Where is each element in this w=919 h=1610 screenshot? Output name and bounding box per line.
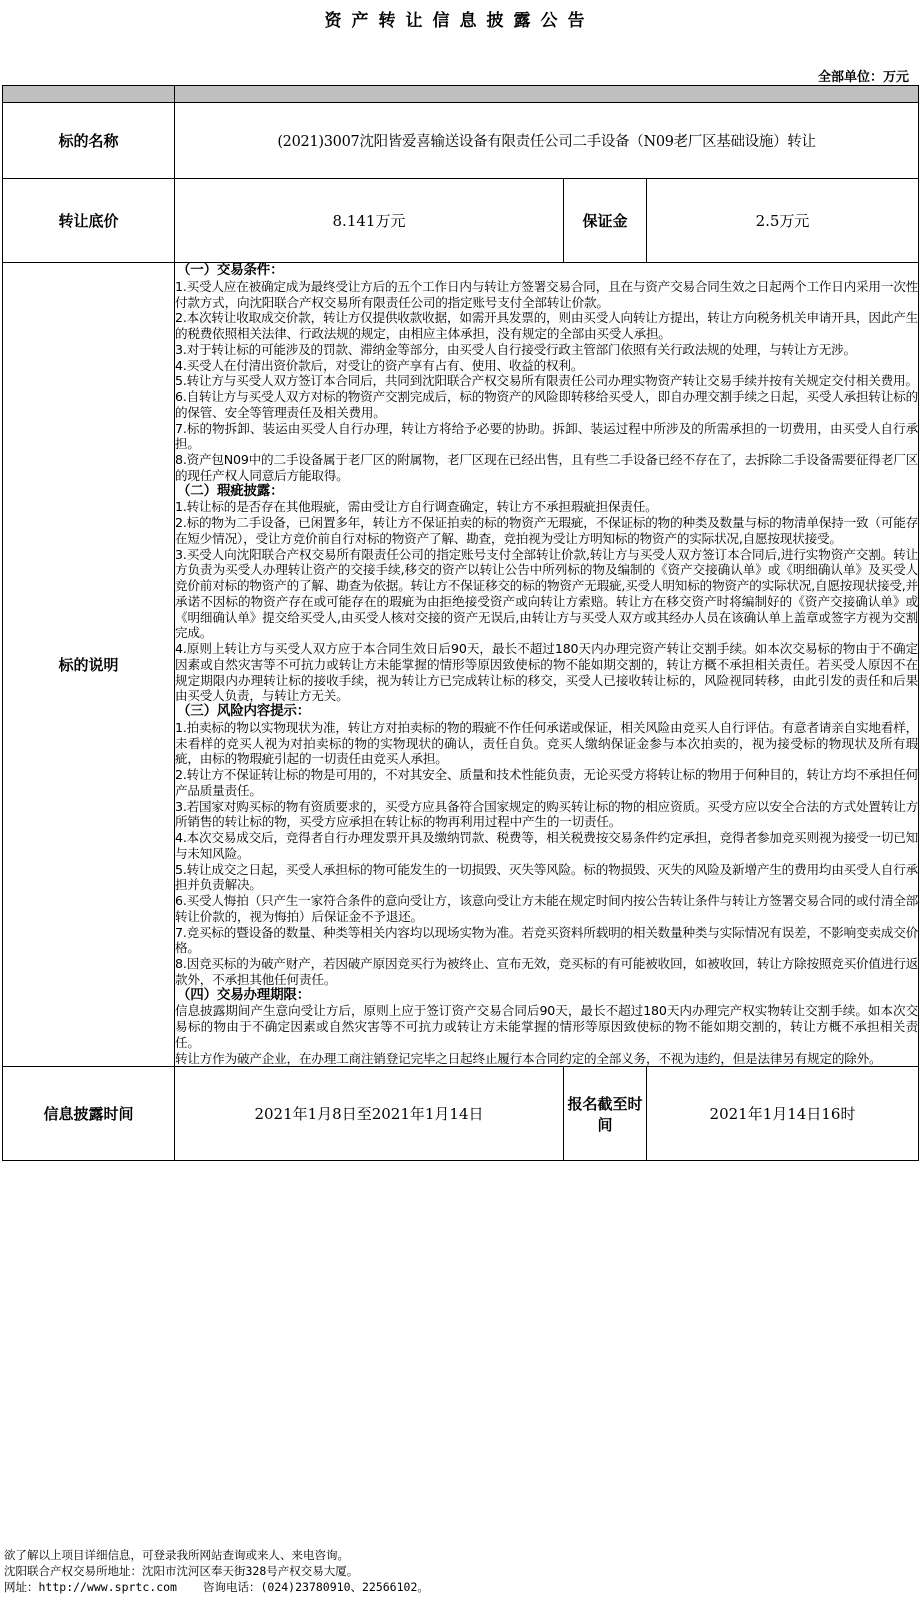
disclosure-table: 标的名称 (2021)3007沈阳皆爱喜输送设备有限责任公司二手设备（N09老厂… bbox=[2, 85, 919, 1161]
section-item: 3.买受人向沈阳联合产权交易所有限责任公司的指定账号支付全部转让价款,转让方与买… bbox=[175, 547, 918, 642]
pricing-row: 转让底价 8.141万元 保证金 2.5万元 bbox=[3, 179, 919, 263]
section-item: 1.转让标的是否存在其他瑕疵，需由受让方自行调查确定，转让方不承担瑕疵担保责任。 bbox=[175, 499, 918, 515]
disclosure-period-label: 信息披露时间 bbox=[3, 1067, 175, 1161]
footer-address: 沈阳联合产权交易所地址：沈阳市沈河区奉天街328号产权交易大厦。 bbox=[4, 1563, 429, 1579]
description-body: （一）交易条件：1.买受人应在被确定成为最终受让方后的五个工作日内与转让方签署交… bbox=[175, 263, 918, 1066]
section-item: 6.自转让方与买受人双方对标的物资产交割完成后，标的物资产的风险即转移给买受人，… bbox=[175, 389, 918, 421]
section-item: 4.本次交易成交后，竞得者自行办理发票开具及缴纳罚款、税费等，相关税费按交易条件… bbox=[175, 830, 918, 862]
section-heading: （二）瑕疵披露： bbox=[175, 484, 918, 500]
section-heading: （三）风险内容提示： bbox=[175, 704, 918, 720]
header-row bbox=[3, 86, 919, 103]
header-cell-value bbox=[175, 86, 919, 103]
header-cell-label bbox=[3, 86, 175, 103]
section-heading: （四）交易办理期限： bbox=[175, 988, 918, 1004]
section-item: 1.买受人应在被确定成为最终受让方后的五个工作日内与转让方签署交易合同，且在与资… bbox=[175, 279, 918, 311]
subject-name-label: 标的名称 bbox=[3, 103, 175, 179]
footer-inquiry-note: 欲了解以上项目详细信息，可登录我所网站查询或来人、来电咨询。 bbox=[4, 1547, 429, 1563]
reserve-price-label: 转让底价 bbox=[3, 179, 175, 263]
section-item: 4.原则上转让方与买受人双方应于本合同生效日后90天，最长不超过180天内办理完… bbox=[175, 641, 918, 704]
description-row: 标的说明 （一）交易条件：1.买受人应在被确定成为最终受让方后的五个工作日内与转… bbox=[3, 263, 919, 1067]
section-item: 3.对于转让标的可能涉及的罚款、滞纳金等部分，由买受人自行接受行政主管部门依照有… bbox=[175, 342, 918, 358]
section-item: 3.若国家对购买标的物有资质要求的，买受方应具备符合国家规定的购买转让标的物的相… bbox=[175, 799, 918, 831]
footer-phone: 咨询电话：(024)23780910、22566102。 bbox=[203, 1580, 429, 1594]
section-item: 2.转让方不保证转让标的物是可用的，不对其安全、质量和技术性能负责，无论买受方将… bbox=[175, 767, 918, 799]
timing-row: 信息披露时间 2021年1月8日至2021年1月14日 报名截至时间 2021年… bbox=[3, 1067, 919, 1161]
reserve-price-value: 8.141万元 bbox=[175, 179, 564, 263]
description-content: （一）交易条件：1.买受人应在被确定成为最终受让方后的五个工作日内与转让方签署交… bbox=[175, 263, 919, 1067]
section-item: 信息披露期间产生意向受让方后，原则上应于签订资产交易合同后90天，最长不超过18… bbox=[175, 1003, 918, 1050]
section-item: 6.买受人悔拍（只产生一家符合条件的意向受让方，该意向受让方未能在规定时间内按公… bbox=[175, 893, 918, 925]
page-title: 资产转让信息披露公告 bbox=[0, 6, 919, 31]
footer-contact-info: 欲了解以上项目详细信息，可登录我所网站查询或来人、来电咨询。 沈阳联合产权交易所… bbox=[4, 1547, 429, 1595]
section-item: 7.标的物拆卸、装运由买受人自行办理，转让方将给予必要的协助。拆卸、装运过程中所… bbox=[175, 421, 918, 453]
disclosure-period-value: 2021年1月8日至2021年1月14日 bbox=[175, 1067, 564, 1161]
footer-web-phone: 网址：http://www.sprtc.com咨询电话：(024)2378091… bbox=[4, 1579, 429, 1595]
section-item: 5.转让成交之日起，买受人承担标的物可能发生的一切损毁、灭失等风险。标的物损毁、… bbox=[175, 862, 918, 894]
section-item: 4.买受人在付清出资价款后，对受让的资产享有占有、使用、收益的权利。 bbox=[175, 358, 918, 374]
section-heading: （一）交易条件： bbox=[175, 263, 918, 279]
registration-deadline-label: 报名截至时间 bbox=[564, 1067, 647, 1161]
section-item: 转让方作为破产企业，在办理工商注销登记完毕之日起终止履行本合同约定的全部义务，不… bbox=[175, 1051, 918, 1067]
subject-name-value: (2021)3007沈阳皆爱喜输送设备有限责任公司二手设备（N09老厂区基础设施… bbox=[175, 103, 919, 179]
section-item: 5.转让方与买受人双方签订本合同后，共同到沈阳联合产权交易所有限责任公司办理实物… bbox=[175, 373, 918, 389]
section-item: 8.因竞买标的为破产财产，若因破产原因竞买行为被终止、宣布无效，竞买标的有可能被… bbox=[175, 956, 918, 988]
unit-label: 全部单位：万元 bbox=[818, 66, 909, 85]
section-item: 2.标的物为二手设备，已闲置多年，转让方不保证拍卖的标的物资产无瑕疵，不保证标的… bbox=[175, 515, 918, 547]
footer-website[interactable]: 网址：http://www.sprtc.com bbox=[4, 1580, 177, 1594]
deposit-label: 保证金 bbox=[564, 179, 647, 263]
registration-deadline-value: 2021年1月14日16时 bbox=[647, 1067, 919, 1161]
section-item: 8.资产包N09中的二手设备属于老厂区的附属物，老厂区现在已经出售，且有些二手设… bbox=[175, 452, 918, 484]
section-item: 7.竞买标的暨设备的数量、种类等相关内容均以现场实物为准。若竞买资料所载明的相关… bbox=[175, 925, 918, 957]
section-item: 1.拍卖标的物以实物现状为准，转让方对拍卖标的物的瑕疵不作任何承诺或保证，相关风… bbox=[175, 720, 918, 767]
description-label: 标的说明 bbox=[3, 263, 175, 1067]
deposit-value: 2.5万元 bbox=[647, 179, 919, 263]
section-item: 2.本次转让收取成交价款，转让方仅提供收款收据，如需开具发票的，则由买受人向转让… bbox=[175, 310, 918, 342]
subject-name-row: 标的名称 (2021)3007沈阳皆爱喜输送设备有限责任公司二手设备（N09老厂… bbox=[3, 103, 919, 179]
